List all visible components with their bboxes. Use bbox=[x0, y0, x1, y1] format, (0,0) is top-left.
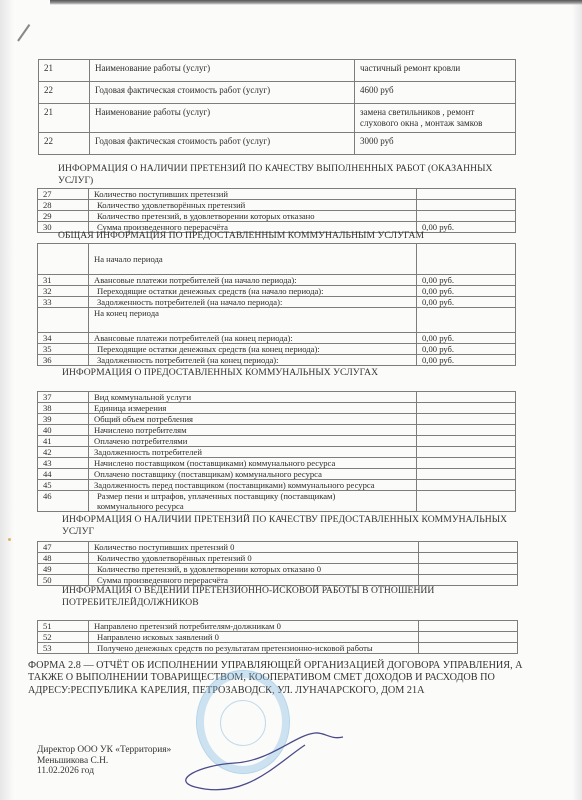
works-table: 21 Наименование работы (услуг) частичный… bbox=[38, 59, 516, 155]
claims-utilities-table: 47Количество поступивших претензий 0 48К… bbox=[37, 541, 518, 586]
row-number: 44 bbox=[38, 469, 89, 480]
table-row: 29Количество претензий, в удовлетворении… bbox=[38, 211, 516, 222]
row-value: 0,00 руб. bbox=[417, 344, 516, 355]
row-label: Количество поступивших претензий bbox=[89, 189, 417, 200]
table-row: 34Авансовые платежи потребителей (на кон… bbox=[38, 333, 516, 344]
table-row-subheader: На конец периода bbox=[38, 308, 516, 333]
row-value bbox=[417, 447, 516, 458]
row-number: 37 bbox=[38, 392, 89, 403]
table-row: 22 Годовая фактическая стоимость работ (… bbox=[39, 82, 516, 104]
row-label: Оплачено поставщику (поставщикам) коммун… bbox=[89, 469, 417, 480]
row-label: Задолженность потребителей (на начало пе… bbox=[89, 297, 417, 308]
row-value bbox=[419, 542, 518, 553]
table-row: 51Направлено претензий потребителям-долж… bbox=[38, 621, 518, 632]
row-label: Переходящие остатки денежных средств (на… bbox=[89, 344, 417, 355]
row-value: 3000 руб bbox=[355, 133, 516, 155]
signer-position: Директор ООО УК «Территория» bbox=[37, 745, 171, 756]
section-heading-general-utilities: ОБЩАЯ ИНФОРМАЦИЯ ПО ПРЕДОСТАВЛЕННЫМ КОММ… bbox=[58, 230, 518, 242]
table-row: 27Количество поступивших претензий bbox=[38, 189, 516, 200]
table-row: 44Оплачено поставщику (поставщикам) комм… bbox=[38, 469, 516, 480]
litigation-table: 51Направлено претензий потребителям-долж… bbox=[37, 620, 518, 654]
row-value bbox=[419, 643, 518, 654]
period-end-label: На конец периода bbox=[89, 308, 417, 333]
table-row: 41Оплачено потребителями bbox=[38, 436, 516, 447]
row-label: Авансовые платежи потребителей (на конец… bbox=[89, 333, 417, 344]
row-label: Задолженность потребителей bbox=[89, 447, 417, 458]
row-label: Наименование работы (услуг) bbox=[90, 60, 355, 82]
row-number: 50 bbox=[38, 575, 89, 586]
section-heading-claims-utilities: ИНФОРМАЦИЯ О НАЛИЧИИ ПРЕТЕНЗИЙ ПО КАЧЕСТ… bbox=[62, 514, 532, 538]
table-row: 31Авансовые платежи потребителей (на нач… bbox=[38, 275, 516, 286]
row-number: 51 bbox=[38, 621, 89, 632]
signature-date: 11.02.2026 год bbox=[37, 766, 171, 777]
row-label: Авансовые платежи потребителей (на начал… bbox=[89, 275, 417, 286]
table-row: 49Количество претензий, в удовлетворении… bbox=[38, 564, 518, 575]
signature-block: Директор ООО УК «Территория» Меньшикова … bbox=[37, 745, 171, 777]
signer-name: Меньшикова С.Н. bbox=[37, 756, 171, 767]
table-row: 50Сумма произведенного перерасчёта bbox=[38, 575, 518, 586]
row-value bbox=[417, 244, 516, 275]
row-number: 46 bbox=[38, 491, 89, 512]
row-value bbox=[417, 469, 516, 480]
row-value bbox=[417, 414, 516, 425]
table-row: 32Переходящие остатки денежных средств (… bbox=[38, 286, 516, 297]
row-number: 33 bbox=[38, 297, 89, 308]
row-number: 38 bbox=[38, 403, 89, 414]
table-row: 35Переходящие остатки денежных средств (… bbox=[38, 344, 516, 355]
claims-works-table: 27Количество поступивших претензий 28Кол… bbox=[37, 188, 516, 233]
row-value: 0,00 руб. bbox=[417, 297, 516, 308]
row-label: Вид коммунальной услуги bbox=[89, 392, 417, 403]
row-label: Количество претензий, в удовлетворении к… bbox=[89, 211, 417, 222]
row-value: замена светильников , ремонт слухового о… bbox=[355, 104, 516, 133]
row-number: 45 bbox=[38, 480, 89, 491]
page-fold-mark bbox=[17, 24, 30, 42]
table-row: 42Задолженность потребителей bbox=[38, 447, 516, 458]
row-label: Сумма произведенного перерасчёта bbox=[89, 575, 419, 586]
row-number bbox=[38, 244, 89, 275]
row-number: 21 bbox=[39, 104, 90, 133]
handwritten-signature-icon bbox=[175, 725, 345, 795]
row-label: Направлено исковых заявлений 0 bbox=[89, 632, 419, 643]
row-value: частичный ремонт кровли bbox=[355, 60, 516, 82]
row-value bbox=[419, 564, 518, 575]
row-number: 40 bbox=[38, 425, 89, 436]
table-row: 38Единица измерения bbox=[38, 403, 516, 414]
row-label: Направлено претензий потребителям-должни… bbox=[89, 621, 419, 632]
row-label: Задолженность потребителей (на конец пер… bbox=[89, 355, 417, 366]
row-value bbox=[419, 632, 518, 643]
table-row: 37Вид коммунальной услуги bbox=[38, 392, 516, 403]
row-label: Начислено потребителям bbox=[89, 425, 417, 436]
row-value: 0,00 руб. bbox=[417, 333, 516, 344]
form-title: ФОРМА 2.8 — ОТЧЁТ ОБ ИСПОЛНЕНИИ УПРАВЛЯЮ… bbox=[28, 660, 538, 697]
table-row: 43Начислено поставщиком (поставщиками) к… bbox=[38, 458, 516, 469]
row-label: Количество поступивших претензий 0 bbox=[89, 542, 419, 553]
row-label: Количество удовлетворённых претензий 0 bbox=[89, 553, 419, 564]
row-label: Годовая фактическая стоимость работ (усл… bbox=[90, 133, 355, 155]
row-label: Единица измерения bbox=[89, 403, 417, 414]
row-number: 27 bbox=[38, 189, 89, 200]
row-label: Начислено поставщиком (поставщиками) ком… bbox=[89, 458, 417, 469]
row-label: Получено денежных средств по результатам… bbox=[89, 643, 419, 654]
row-value bbox=[419, 553, 518, 564]
table-row: 33Задолженность потребителей (на начало … bbox=[38, 297, 516, 308]
table-row: 47Количество поступивших претензий 0 bbox=[38, 542, 518, 553]
table-row: 36Задолженность потребителей (на конец п… bbox=[38, 355, 516, 366]
row-number: 32 bbox=[38, 286, 89, 297]
row-value: 0,00 руб. bbox=[417, 286, 516, 297]
row-number: 35 bbox=[38, 344, 89, 355]
row-number: 36 bbox=[38, 355, 89, 366]
row-value: 0,00 руб. bbox=[417, 275, 516, 286]
scan-border-top bbox=[50, 0, 582, 5]
row-value bbox=[419, 575, 518, 586]
row-value bbox=[417, 211, 516, 222]
row-value bbox=[417, 458, 516, 469]
table-row: 48Количество удовлетворённых претензий 0 bbox=[38, 553, 518, 564]
row-number: 21 bbox=[39, 60, 90, 82]
section-heading-claims-works: ИНФОРМАЦИЯ О НАЛИЧИИ ПРЕТЕНЗИЙ ПО КАЧЕСТ… bbox=[58, 163, 518, 187]
row-number: 47 bbox=[38, 542, 89, 553]
row-number: 48 bbox=[38, 553, 89, 564]
table-row: 22 Годовая фактическая стоимость работ (… bbox=[39, 133, 516, 155]
table-row: 21 Наименование работы (услуг) частичный… bbox=[39, 60, 516, 82]
row-number: 52 bbox=[38, 632, 89, 643]
row-number: 34 bbox=[38, 333, 89, 344]
row-label: Наименование работы (услуг) bbox=[90, 104, 355, 133]
row-value bbox=[417, 436, 516, 447]
scan-shadow-left bbox=[0, 0, 14, 800]
row-label: Общий объем потребления bbox=[89, 414, 417, 425]
row-number: 29 bbox=[38, 211, 89, 222]
row-label: Оплачено потребителями bbox=[89, 436, 417, 447]
row-label: Переходящие остатки денежных средств (на… bbox=[89, 286, 417, 297]
general-utilities-table: На начало периода 31Авансовые платежи по… bbox=[37, 243, 516, 366]
section-heading-litigation: ИНФОРМАЦИЯ О ВЕДЕНИИ ПРЕТЕНЗИОННО-ИСКОВО… bbox=[62, 585, 462, 609]
row-number: 39 bbox=[38, 414, 89, 425]
row-label: Количество претензий, в удовлетворении к… bbox=[89, 564, 419, 575]
row-label: Задолженность перед поставщиком (поставщ… bbox=[89, 480, 417, 491]
row-value bbox=[417, 403, 516, 414]
scan-shadow-right bbox=[572, 0, 582, 800]
table-row-subheader: На начало периода bbox=[38, 244, 516, 275]
row-value: 4600 руб bbox=[355, 82, 516, 104]
row-value bbox=[417, 308, 516, 333]
table-row: 21 Наименование работы (услуг) замена св… bbox=[39, 104, 516, 133]
row-number: 22 bbox=[39, 82, 90, 104]
row-number: 53 bbox=[38, 643, 89, 654]
table-row: 40Начислено потребителям bbox=[38, 425, 516, 436]
row-number: 49 bbox=[38, 564, 89, 575]
provided-utilities-table: 37Вид коммунальной услуги 38Единица изме… bbox=[37, 391, 516, 512]
row-number: 22 bbox=[39, 133, 90, 155]
row-value bbox=[417, 425, 516, 436]
row-number bbox=[38, 308, 89, 333]
row-value: 0,00 руб. bbox=[417, 355, 516, 366]
row-value bbox=[417, 200, 516, 211]
row-value bbox=[417, 480, 516, 491]
table-row: 46Размер пени и штрафов, уплаченных пост… bbox=[38, 491, 516, 512]
table-row: 39Общий объем потребления bbox=[38, 414, 516, 425]
row-label: Количество удовлетворённых претензий bbox=[89, 200, 417, 211]
row-value bbox=[417, 189, 516, 200]
row-number: 42 bbox=[38, 447, 89, 458]
row-value bbox=[417, 491, 516, 512]
row-label: Годовая фактическая стоимость работ (усл… bbox=[90, 82, 355, 104]
section-heading-provided-utilities: ИНФОРМАЦИЯ О ПРЕДОСТАВЛЕННЫХ КОММУНАЛЬНЫ… bbox=[62, 367, 522, 379]
row-number: 28 bbox=[38, 200, 89, 211]
row-value bbox=[417, 392, 516, 403]
row-number: 43 bbox=[38, 458, 89, 469]
row-number: 31 bbox=[38, 275, 89, 286]
row-number: 41 bbox=[38, 436, 89, 447]
row-label: Размер пени и штрафов, уплаченных постав… bbox=[89, 491, 417, 512]
scan-speck bbox=[8, 538, 11, 541]
table-row: 28Количество удовлетворённых претензий bbox=[38, 200, 516, 211]
table-row: 53Получено денежных средств по результат… bbox=[38, 643, 518, 654]
table-row: 45Задолженность перед поставщиком (поста… bbox=[38, 480, 516, 491]
table-row: 52Направлено исковых заявлений 0 bbox=[38, 632, 518, 643]
row-value bbox=[419, 621, 518, 632]
period-start-label: На начало периода bbox=[89, 244, 417, 275]
